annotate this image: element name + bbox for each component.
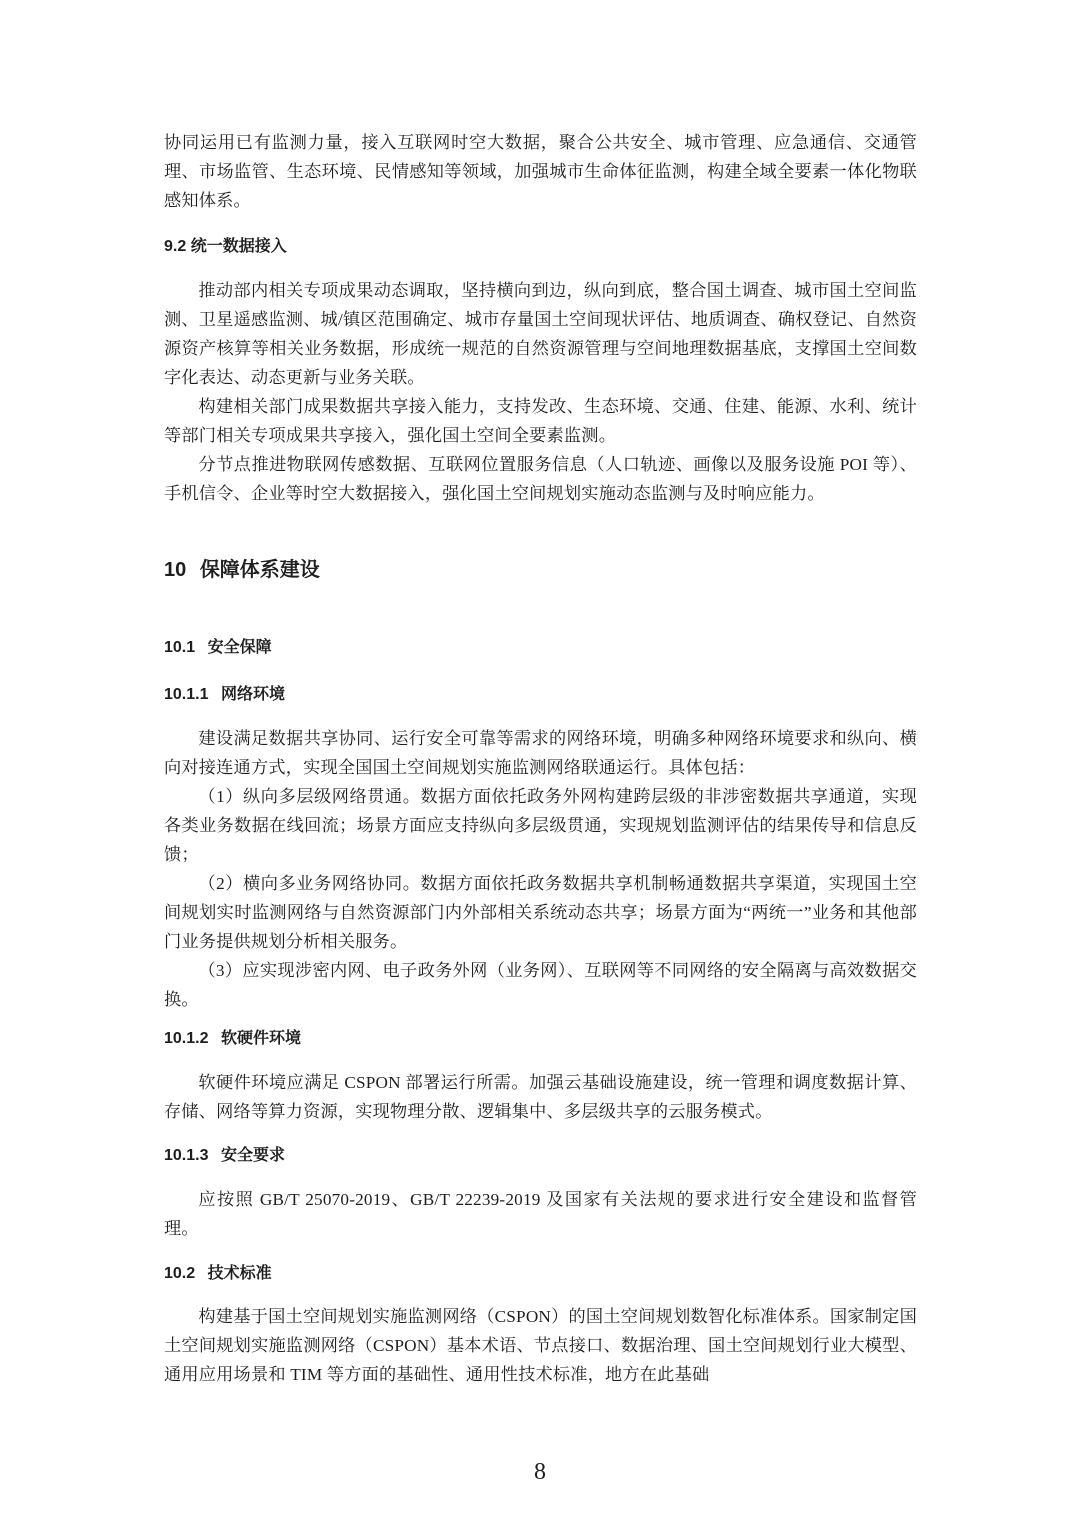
chapter-number: 10 [164, 559, 186, 581]
list-item: （3）应实现涉密内网、电子政务外网（业务网）、互联网等不同网络的安全隔离与高效数… [164, 956, 917, 1014]
paragraph: 软硬件环境应满足 CSPON 部署运行所需。加强云基础设施建设，统一管理和调度数… [164, 1068, 917, 1126]
section-number: 10.1 [164, 639, 195, 656]
section-body-10-1-1: 建设满足数据共享协同、运行安全可靠等需求的网络环境，明确多种网络环境要求和纵向、… [164, 724, 917, 1014]
page-number: 8 [0, 1457, 1080, 1487]
section-heading-10-1: 10.1 安全保障 [164, 637, 272, 659]
section-body-10-2: 构建基于国土空间规划实施监测网络（CSPON）的国土空间规划数智化标准体系。国家… [164, 1302, 917, 1389]
section-title: 安全要求 [221, 1147, 285, 1164]
section-title: 安全保障 [208, 639, 272, 656]
intro-paragraph: 协同运用已有监测力量，接入互联网时空大数据，聚合公共安全、城市管理、应急通信、交… [164, 128, 917, 215]
section-heading-9-2: 9.2 统一数据接入 [164, 236, 287, 258]
paragraph: 建设满足数据共享协同、运行安全可靠等需求的网络环境，明确多种网络环境要求和纵向、… [164, 724, 917, 782]
section-heading-10-1-3: 10.1.3 安全要求 [164, 1145, 285, 1167]
section-body-10-1-3: 应按照 GB/T 25070-2019、GB/T 22239-2019 及国家有… [164, 1185, 917, 1243]
section-number: 10.1.1 [164, 686, 208, 703]
section-title: 技术标准 [208, 1265, 272, 1282]
section-body-9-2: 推动部内相关专项成果动态调取，坚持横向到边，纵向到底，整合国土调查、城市国土空间… [164, 276, 917, 508]
section-title: 网络环境 [221, 686, 285, 703]
paragraph: 构建基于国土空间规划实施监测网络（CSPON）的国土空间规划数智化标准体系。国家… [164, 1302, 917, 1389]
list-item: （1）纵向多层级网络贯通。数据方面依托政务外网构建跨层级的非涉密数据共享通道，实… [164, 782, 917, 869]
paragraph: 推动部内相关专项成果动态调取，坚持横向到边，纵向到底，整合国土调查、城市国土空间… [164, 276, 917, 392]
section-number: 10.1.2 [164, 1030, 208, 1047]
section-number: 10.1.3 [164, 1147, 208, 1164]
chapter-title: 保障体系建设 [200, 559, 320, 581]
section-number: 10.2 [164, 1265, 195, 1282]
section-body-10-1-2: 软硬件环境应满足 CSPON 部署运行所需。加强云基础设施建设，统一管理和调度数… [164, 1068, 917, 1126]
section-title: 统一数据接入 [191, 238, 287, 255]
section-heading-10-1-1: 10.1.1 网络环境 [164, 684, 285, 706]
section-heading-10-2: 10.2 技术标准 [164, 1263, 272, 1285]
paragraph: 分节点推进物联网传感数据、互联网位置服务信息（人口轨迹、画像以及服务设施 POI… [164, 450, 917, 508]
list-item: （2）横向多业务网络协同。数据方面依托政务数据共享机制畅通数据共享渠道，实现国土… [164, 869, 917, 956]
section-heading-10-1-2: 10.1.2 软硬件环境 [164, 1028, 301, 1050]
paragraph: 构建相关部门成果数据共享接入能力，支持发改、生态环境、交通、住建、能源、水利、统… [164, 392, 917, 450]
section-number: 9.2 [164, 238, 186, 255]
paragraph: 应按照 GB/T 25070-2019、GB/T 22239-2019 及国家有… [164, 1185, 917, 1243]
chapter-heading-10: 10 保障体系建设 [164, 556, 320, 584]
section-title: 软硬件环境 [221, 1030, 301, 1047]
